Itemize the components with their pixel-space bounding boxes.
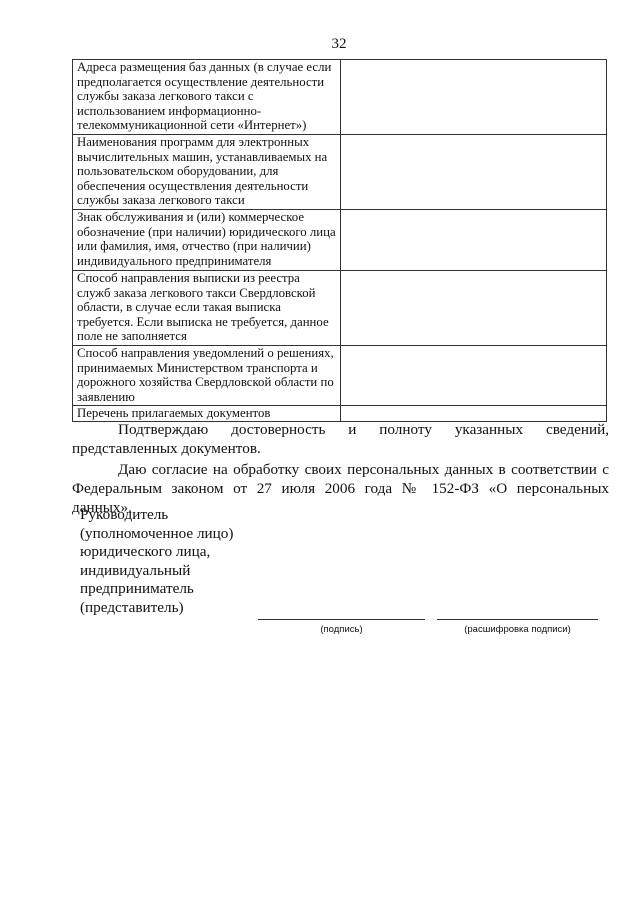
- row-value-notification-method[interactable]: [341, 346, 607, 406]
- signer-title: Руководитель (уполномоченное лицо) юриди…: [80, 506, 233, 617]
- page-number: 32: [0, 36, 640, 53]
- signature-caption: (подпись): [258, 624, 425, 635]
- table-row: Адреса размещения баз данных (в случае е…: [73, 60, 607, 135]
- signer-line: Руководитель: [80, 506, 233, 525]
- application-form-table: Адреса размещения баз данных (в случае е…: [72, 59, 607, 422]
- row-label-extract-delivery-method: Способ направления выписки из реестра сл…: [73, 271, 341, 346]
- row-value-extract-delivery-method[interactable]: [341, 271, 607, 346]
- signer-line: (уполномоченное лицо): [80, 525, 233, 544]
- signer-line: предприниматель: [80, 580, 233, 599]
- row-value-service-mark[interactable]: [341, 210, 607, 271]
- row-value-attached-documents[interactable]: [341, 406, 607, 422]
- row-label-attached-documents: Перечень прилагаемых документов: [73, 406, 341, 422]
- signer-line: (представитель): [80, 599, 233, 618]
- signer-line: индивидуальный: [80, 562, 233, 581]
- row-label-software-names: Наименования программ для электронных вы…: [73, 135, 341, 210]
- table-row: Способ направления уведомлений о решения…: [73, 346, 607, 406]
- row-label-service-mark: Знак обслуживания и (или) коммерческое о…: [73, 210, 341, 271]
- row-label-notification-method: Способ направления уведомлений о решения…: [73, 346, 341, 406]
- table-row: Знак обслуживания и (или) коммерческое о…: [73, 210, 607, 271]
- row-label-database-addresses: Адреса размещения баз данных (в случае е…: [73, 60, 341, 135]
- row-value-database-addresses[interactable]: [341, 60, 607, 135]
- confirmation-paragraph: Подтверждаю достоверность и полноту указ…: [72, 420, 609, 458]
- row-value-software-names[interactable]: [341, 135, 607, 210]
- table-row: Способ направления выписки из реестра сл…: [73, 271, 607, 346]
- signature-field[interactable]: [258, 619, 425, 620]
- confirmation-text: Подтверждаю достоверность и полноту указ…: [72, 421, 609, 457]
- signer-line: юридического лица,: [80, 543, 233, 562]
- signature-decoding-caption: (расшифровка подписи): [437, 624, 598, 635]
- signature-decoding-field[interactable]: [437, 619, 598, 620]
- table-row: Наименования программ для электронных вы…: [73, 135, 607, 210]
- table-row: Перечень прилагаемых документов: [73, 406, 607, 422]
